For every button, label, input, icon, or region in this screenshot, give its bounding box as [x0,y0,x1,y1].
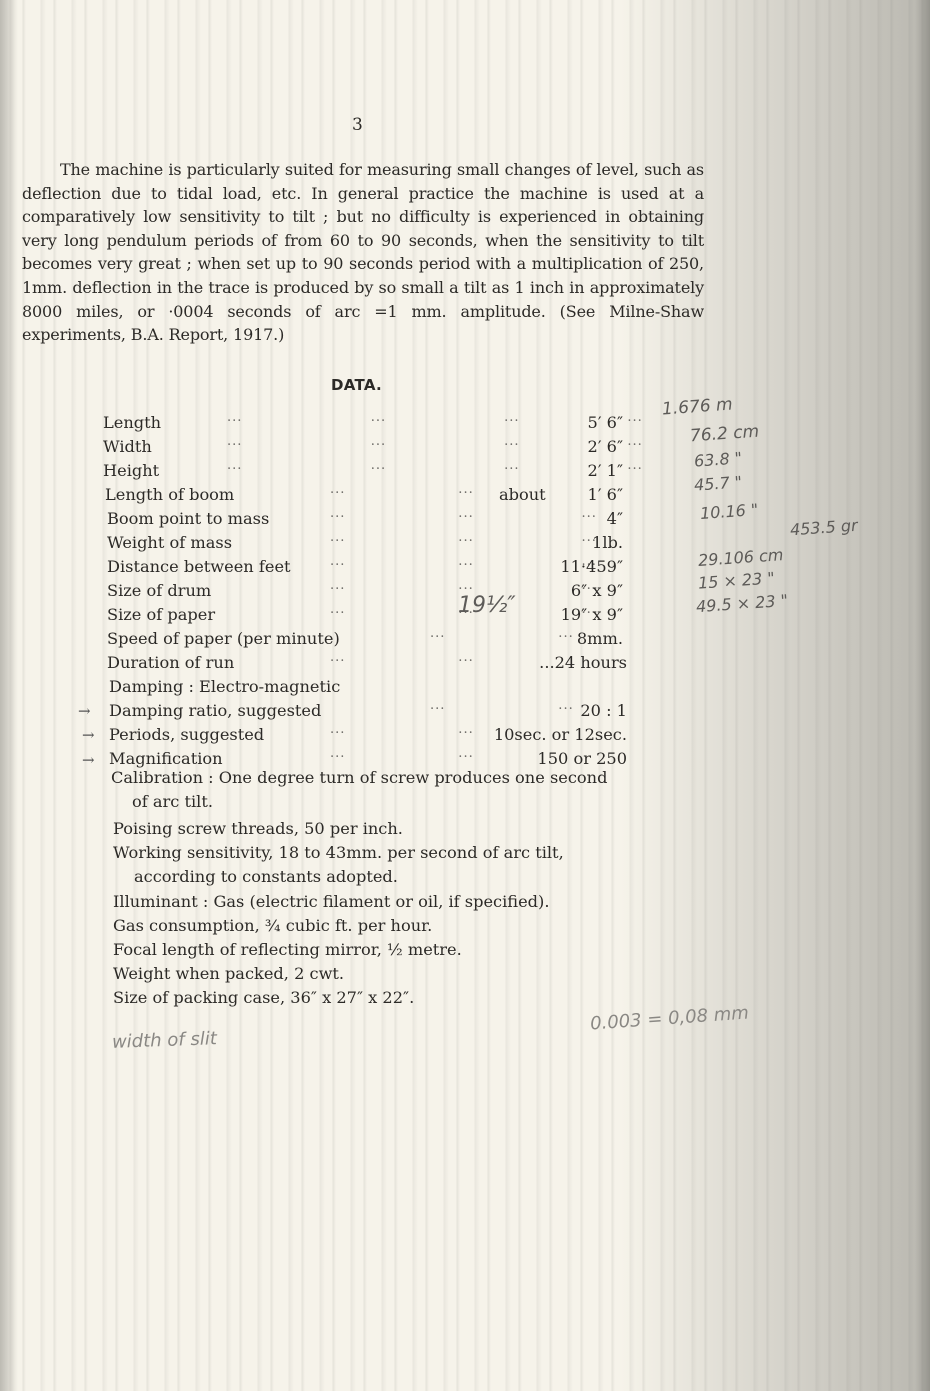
row-prefix: about [499,485,546,504]
handwritten-bottom-right: 0.003 = 0,08 mm [589,1002,749,1034]
row-value: 1lb. [592,533,623,552]
page-number: 3 [352,115,363,135]
row-value: 8mm. [577,629,623,648]
note-calibration: Calibration : One degree turn of screw p… [111,766,607,790]
leader-dots: ... ... ... [330,506,597,521]
row-value: 19″ x 9″ [561,605,623,624]
leader-dots: ... ... ... ... [227,434,643,449]
leader-dots: ... ... ... ... [227,410,643,425]
row-label: Duration of run [107,653,234,672]
row-value: 2′ 6″ [588,437,623,456]
handwritten-width-cm: 76.2 cm [689,422,759,447]
note-calibration-cont: of arc tilt. [132,790,213,814]
row-label: Length [103,413,161,432]
row-value: 20 : 1 [580,701,627,720]
row-label: Periods, suggested [109,725,264,744]
note-illuminant: Illuminant : Gas (electric filament or o… [113,890,550,914]
row-value: ...24 hours [539,653,627,672]
row-value: 10sec. or 12sec. [494,725,627,744]
leader-dots: ... ... [330,482,474,497]
handwritten-paper-inline: 19½″ [458,593,516,618]
leader-dots: ... ... [330,650,474,665]
row-label: Speed of paper (per minute) [107,629,340,648]
leader-dots: ... ... [330,722,474,737]
row-label: Damping : Electro-magnetic [109,677,340,696]
note-poising-screw: Poising screw threads, 50 per inch. [113,817,403,841]
row-label: Distance between feet [107,557,291,576]
note-working-sensitivity: Working sensitivity, 18 to 43mm. per sec… [113,841,564,865]
leader-dots: ... ... ... [330,554,597,569]
handwritten-mass-grams: 453.5 gr [789,516,858,540]
note-weight-packed: Weight when packed, 2 cwt. [113,962,344,986]
note-focal-length: Focal length of reflecting mirror, ½ met… [113,938,462,962]
row-label: Height [103,461,159,480]
data-heading: DATA. [331,376,382,394]
intro-paragraph: The machine is particularly suited for m… [22,158,704,347]
note-packing-case: Size of packing case, 36″ x 27″ x 22″. [113,986,414,1010]
row-label: Size of drum [107,581,211,600]
row-value: 5′ 6″ [588,413,623,432]
row-value: 2′ 1″ [588,461,623,480]
handwritten-boom: 45.7 " [693,472,742,494]
margin-arrow-icon: → [78,702,91,720]
note-gas-consumption: Gas consumption, ¾ cubic ft. per hour. [113,914,432,938]
margin-arrow-icon: → [82,726,95,744]
row-value: 11·459″ [560,557,623,576]
leader-dots: ... ... [430,698,574,713]
leader-dots: ... ... ... ... [227,458,643,473]
handwritten-paper: 49.5 × 23 " [695,591,788,616]
data-row-duration-of-run: Duration of run ... ... ...24 hours [107,653,627,677]
margin-arrow-icon: → [82,751,95,769]
row-label: Weight of mass [107,533,232,552]
leader-dots: ... ... ... [330,578,597,593]
row-value: 4″ [607,509,623,528]
row-value: 1′ 6″ [588,485,623,504]
handwritten-feet-cm: 29.106 cm [697,545,784,570]
leader-dots: ... ... [330,746,474,761]
handwritten-boom-mass: 10.16 " [699,500,758,523]
leader-dots: ... ... ... [330,530,597,545]
handwritten-bottom-left: width of slit [112,1028,218,1053]
row-label: Size of paper [107,605,215,624]
handwritten-drum: 15 × 23 " [697,568,775,592]
handwritten-height: 63.8 " [693,448,742,470]
note-working-sensitivity-cont: according to constants adopted. [134,865,398,889]
leader-dots: ... ... [430,626,574,641]
row-label: Width [103,437,152,456]
handwritten-length-m: 1.676 m [661,395,733,420]
row-label: Boom point to mass [107,509,269,528]
row-value: 6″ x 9″ [571,581,623,600]
row-label: Damping ratio, suggested [109,701,321,720]
row-label: Length of boom [105,485,234,504]
